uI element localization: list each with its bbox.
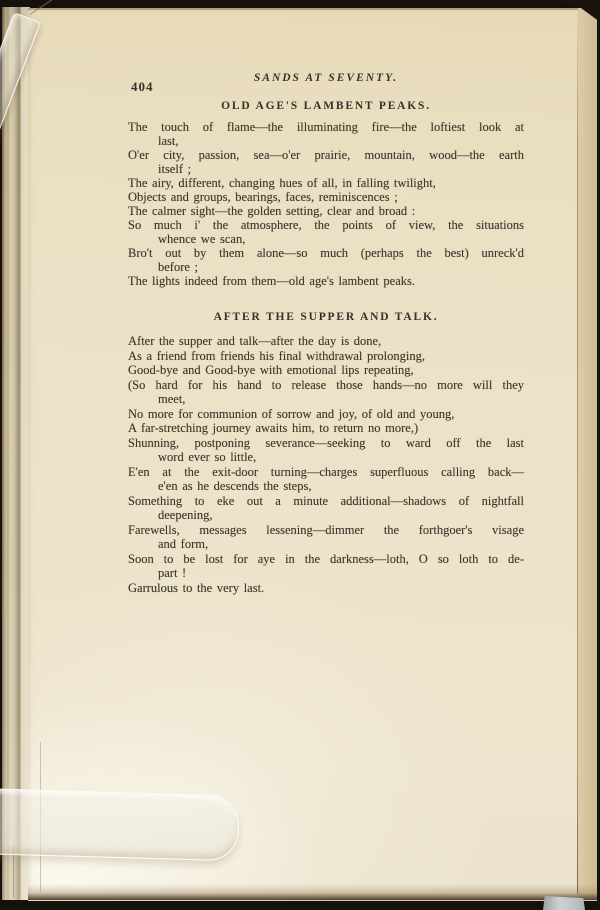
poem-line: and form, xyxy=(128,537,524,552)
poem-line: before ; xyxy=(128,260,524,274)
poem-line: The airy, different, changing hues of al… xyxy=(128,176,524,190)
poem-line: meet, xyxy=(128,392,524,407)
poem-line: After the supper and talk—after the day … xyxy=(128,334,524,349)
poem-old-ages-lambent-peaks: The touch of flame—the illuminating fire… xyxy=(128,120,524,288)
poem-line: part ! xyxy=(128,566,524,581)
poem-line: deepening, xyxy=(128,508,524,523)
poem-after-the-supper-and-talk: After the supper and talk—after the day … xyxy=(128,334,524,595)
poem-line: Farewells, messages lessening—dimmer the… xyxy=(128,523,524,538)
poem-line: word ever so little, xyxy=(128,450,524,465)
poem-line: So much i' the atmosphere, the points of… xyxy=(128,218,524,232)
poem-line: Objects and groups, bearings, faces, rem… xyxy=(128,190,524,204)
running-head: SANDS AT SEVENTY. xyxy=(128,72,524,84)
page-bottom-shadow xyxy=(28,884,597,900)
poem-line: A far-stretching journey awaits him, to … xyxy=(128,421,524,436)
poem-line: last, xyxy=(128,134,524,148)
poem-line: The lights indeed from them—old age's la… xyxy=(128,274,524,288)
poem-line: Something to eke out a minute additional… xyxy=(128,494,524,509)
poem-line: Shunning, postponing severance—seeking t… xyxy=(128,436,524,451)
book-scan: 404 SANDS AT SEVENTY. OLD AGE'S LAMBENT … xyxy=(0,0,600,910)
scan-corner-bottom-right xyxy=(543,896,585,910)
poem-line: Good-bye and Good-bye with emotional lip… xyxy=(128,363,524,378)
poem-line: As a friend from friends his final withd… xyxy=(128,349,524,364)
poem-title-old-ages-lambent-peaks: OLD AGE'S LAMBENT PEAKS. xyxy=(128,100,524,112)
gutter-strip xyxy=(578,8,597,899)
poem-line: Bro't out by them alone—so much (perhaps… xyxy=(128,246,524,260)
poem-line: Soon to be lost for aye in the darkness—… xyxy=(128,552,524,567)
poem-line: whence we scan, xyxy=(128,232,524,246)
poem-line: The calmer sight—the golden setting, cle… xyxy=(128,204,524,218)
poem-line: Garrulous to the very last. xyxy=(128,581,524,596)
poem-line: The touch of flame—the illuminating fire… xyxy=(128,120,524,134)
poem-line: O'er city, passion, sea—o'er prairie, mo… xyxy=(128,148,524,162)
poem-line: (So hard for his hand to release those h… xyxy=(128,378,524,393)
page-edge-stack xyxy=(2,7,30,900)
poem-line: E'en at the exit-door turning—charges su… xyxy=(128,465,524,480)
plastic-strip-bottom-left xyxy=(0,788,240,861)
poem-title-after-the-supper-and-talk: AFTER THE SUPPER AND TALK. xyxy=(128,311,524,323)
poem-line: No more for communion of sorrow and joy,… xyxy=(128,407,524,422)
poem-line: itself ; xyxy=(128,162,524,176)
poem-line: e'en as he descends the steps, xyxy=(128,479,524,494)
